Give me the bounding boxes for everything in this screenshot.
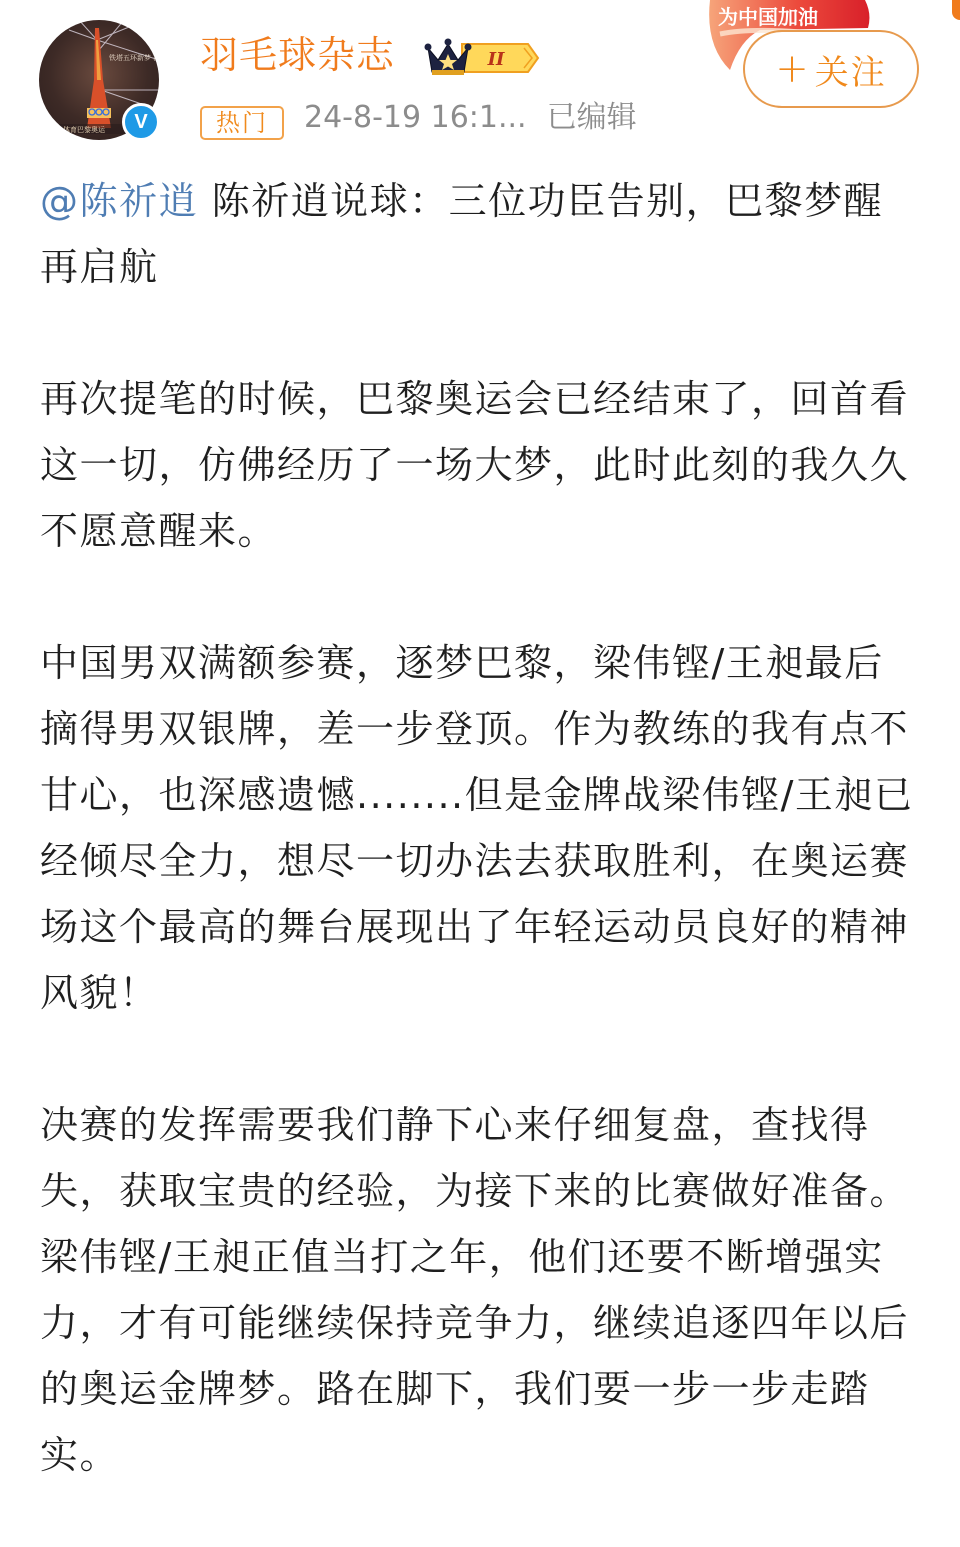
vip-crown-badge-icon[interactable]: II (424, 34, 542, 82)
paragraph-3: 决赛的发挥需要我们静下心来仔细复盘，查找得失，获取宝贵的经验，为接下来的比赛做好… (40, 1092, 920, 1488)
verified-badge-icon: V (122, 103, 160, 141)
timestamp: 24-8-19 16:1... (304, 100, 527, 135)
mention-link[interactable]: @陈祈逍 (40, 179, 198, 223)
svg-text:铁塔五环新梦 群雄逐梦巴黎: 铁塔五环新梦 群雄逐梦巴黎 (109, 53, 159, 62)
paragraph-1: 再次提笔的时候，巴黎奥运会已经结束了，回首看这一切，仿佛经历了一场大梦，此时此刻… (40, 366, 920, 564)
svg-text:体育巴黎奥运: 体育巴黎奥运 (63, 125, 106, 134)
hot-badge: 热门 (200, 106, 284, 140)
post-title-line: @陈祈逍 陈祈逍说球：三位功臣告别，巴黎梦醒再启航 (40, 168, 920, 300)
paragraph-2: 中国男双满额参赛，逐梦巴黎，梁伟铿/王昶最后摘得男双银牌，差一步登顶。作为教练的… (40, 630, 920, 1026)
svg-text:II: II (487, 49, 505, 70)
post-meta: 24-8-19 16:1...已编辑 (304, 98, 637, 138)
post-body: @陈祈逍 陈祈逍说球：三位功臣告别，巴黎梦醒再启航 再次提笔的时候，巴黎奥运会已… (40, 168, 920, 1488)
follow-button[interactable]: + 关注 (743, 30, 919, 108)
plus-icon: + (775, 46, 811, 92)
edited-label[interactable]: 已编辑 (547, 100, 637, 135)
username[interactable]: 羽毛球杂志 (200, 30, 395, 80)
svg-text:为中国加油: 为中国加油 (718, 5, 818, 29)
decorative-edge (952, 0, 960, 20)
follow-label: 关注 (815, 45, 887, 94)
post-header: 铁塔五环新梦 群雄逐梦巴黎 体育巴黎奥运 V 羽毛球杂志 II 热门 24-8-… (0, 0, 960, 160)
